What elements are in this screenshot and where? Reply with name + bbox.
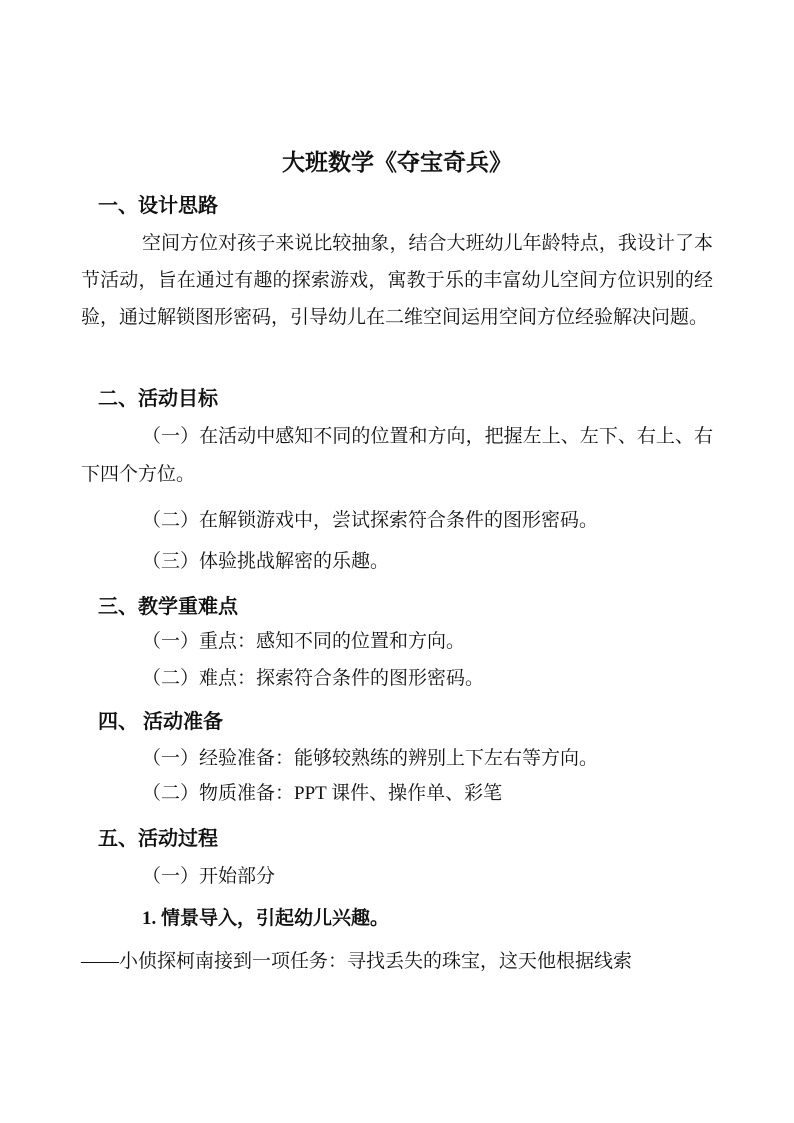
material-preparation-item: （二）物质准备：PPT 课件、操作单、彩笔	[81, 775, 713, 813]
section-heading-preparation: 四、 活动准备	[81, 703, 713, 741]
process-narration-line: ——小侦探柯南接到一项任务：寻找丢失的珠宝，这天他根据线索	[81, 943, 713, 981]
section-heading-design-intent: 一、设计思路	[81, 187, 713, 225]
goal-item-1: （一）在活动中感知不同的位置和方向，把握左上、左下、右上、右下四个方位。	[81, 418, 713, 494]
key-point-item: （一）重点：感知不同的位置和方向。	[81, 623, 713, 661]
experience-preparation-item: （一）经验准备：能够较熟练的辨别上下左右等方向。	[81, 740, 713, 778]
document-page: 大班数学《夺宝奇兵》 一、设计思路 空间方位对孩子来说比较抽象，结合大班幼儿年龄…	[0, 0, 794, 1123]
section-heading-key-points: 三、教学重难点	[81, 588, 713, 626]
difficulty-point-item: （二）难点：探索符合条件的图形密码。	[81, 660, 713, 698]
paragraph-design-intent: 空间方位对孩子来说比较抽象，结合大班幼儿年龄特点，我设计了本节活动，旨在通过有趣…	[81, 225, 713, 336]
goal-item-2: （二）在解锁游戏中，尝试探索符合条件的图形密码。	[81, 502, 713, 540]
document-title: 大班数学《夺宝奇兵》	[81, 146, 713, 180]
goal-item-3: （三）体验挑战解密的乐趣。	[81, 543, 713, 581]
process-part-start: （一）开始部分	[81, 858, 713, 896]
process-step-scenario-intro: 1. 情景导入，引起幼儿兴趣。	[81, 900, 713, 938]
section-heading-activity-process: 五、活动过程	[81, 820, 713, 858]
section-heading-activity-goals: 二、活动目标	[81, 380, 713, 418]
